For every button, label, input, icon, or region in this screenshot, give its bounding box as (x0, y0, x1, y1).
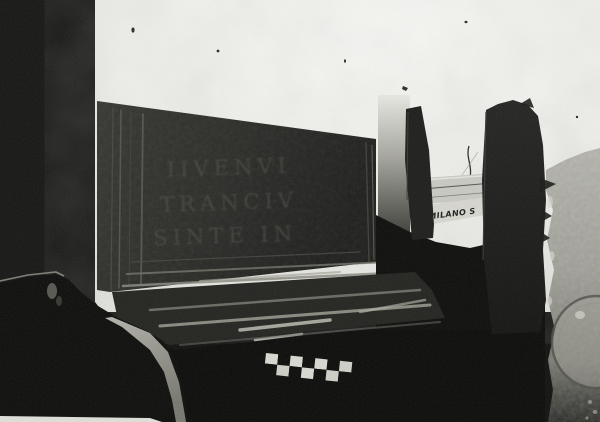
film-grain (0, 0, 600, 422)
bw-photograph: IIVENVI TRANCIV SINTE IN (0, 0, 600, 422)
photo-scene: IIVENVI TRANCIV SINTE IN (0, 0, 600, 422)
